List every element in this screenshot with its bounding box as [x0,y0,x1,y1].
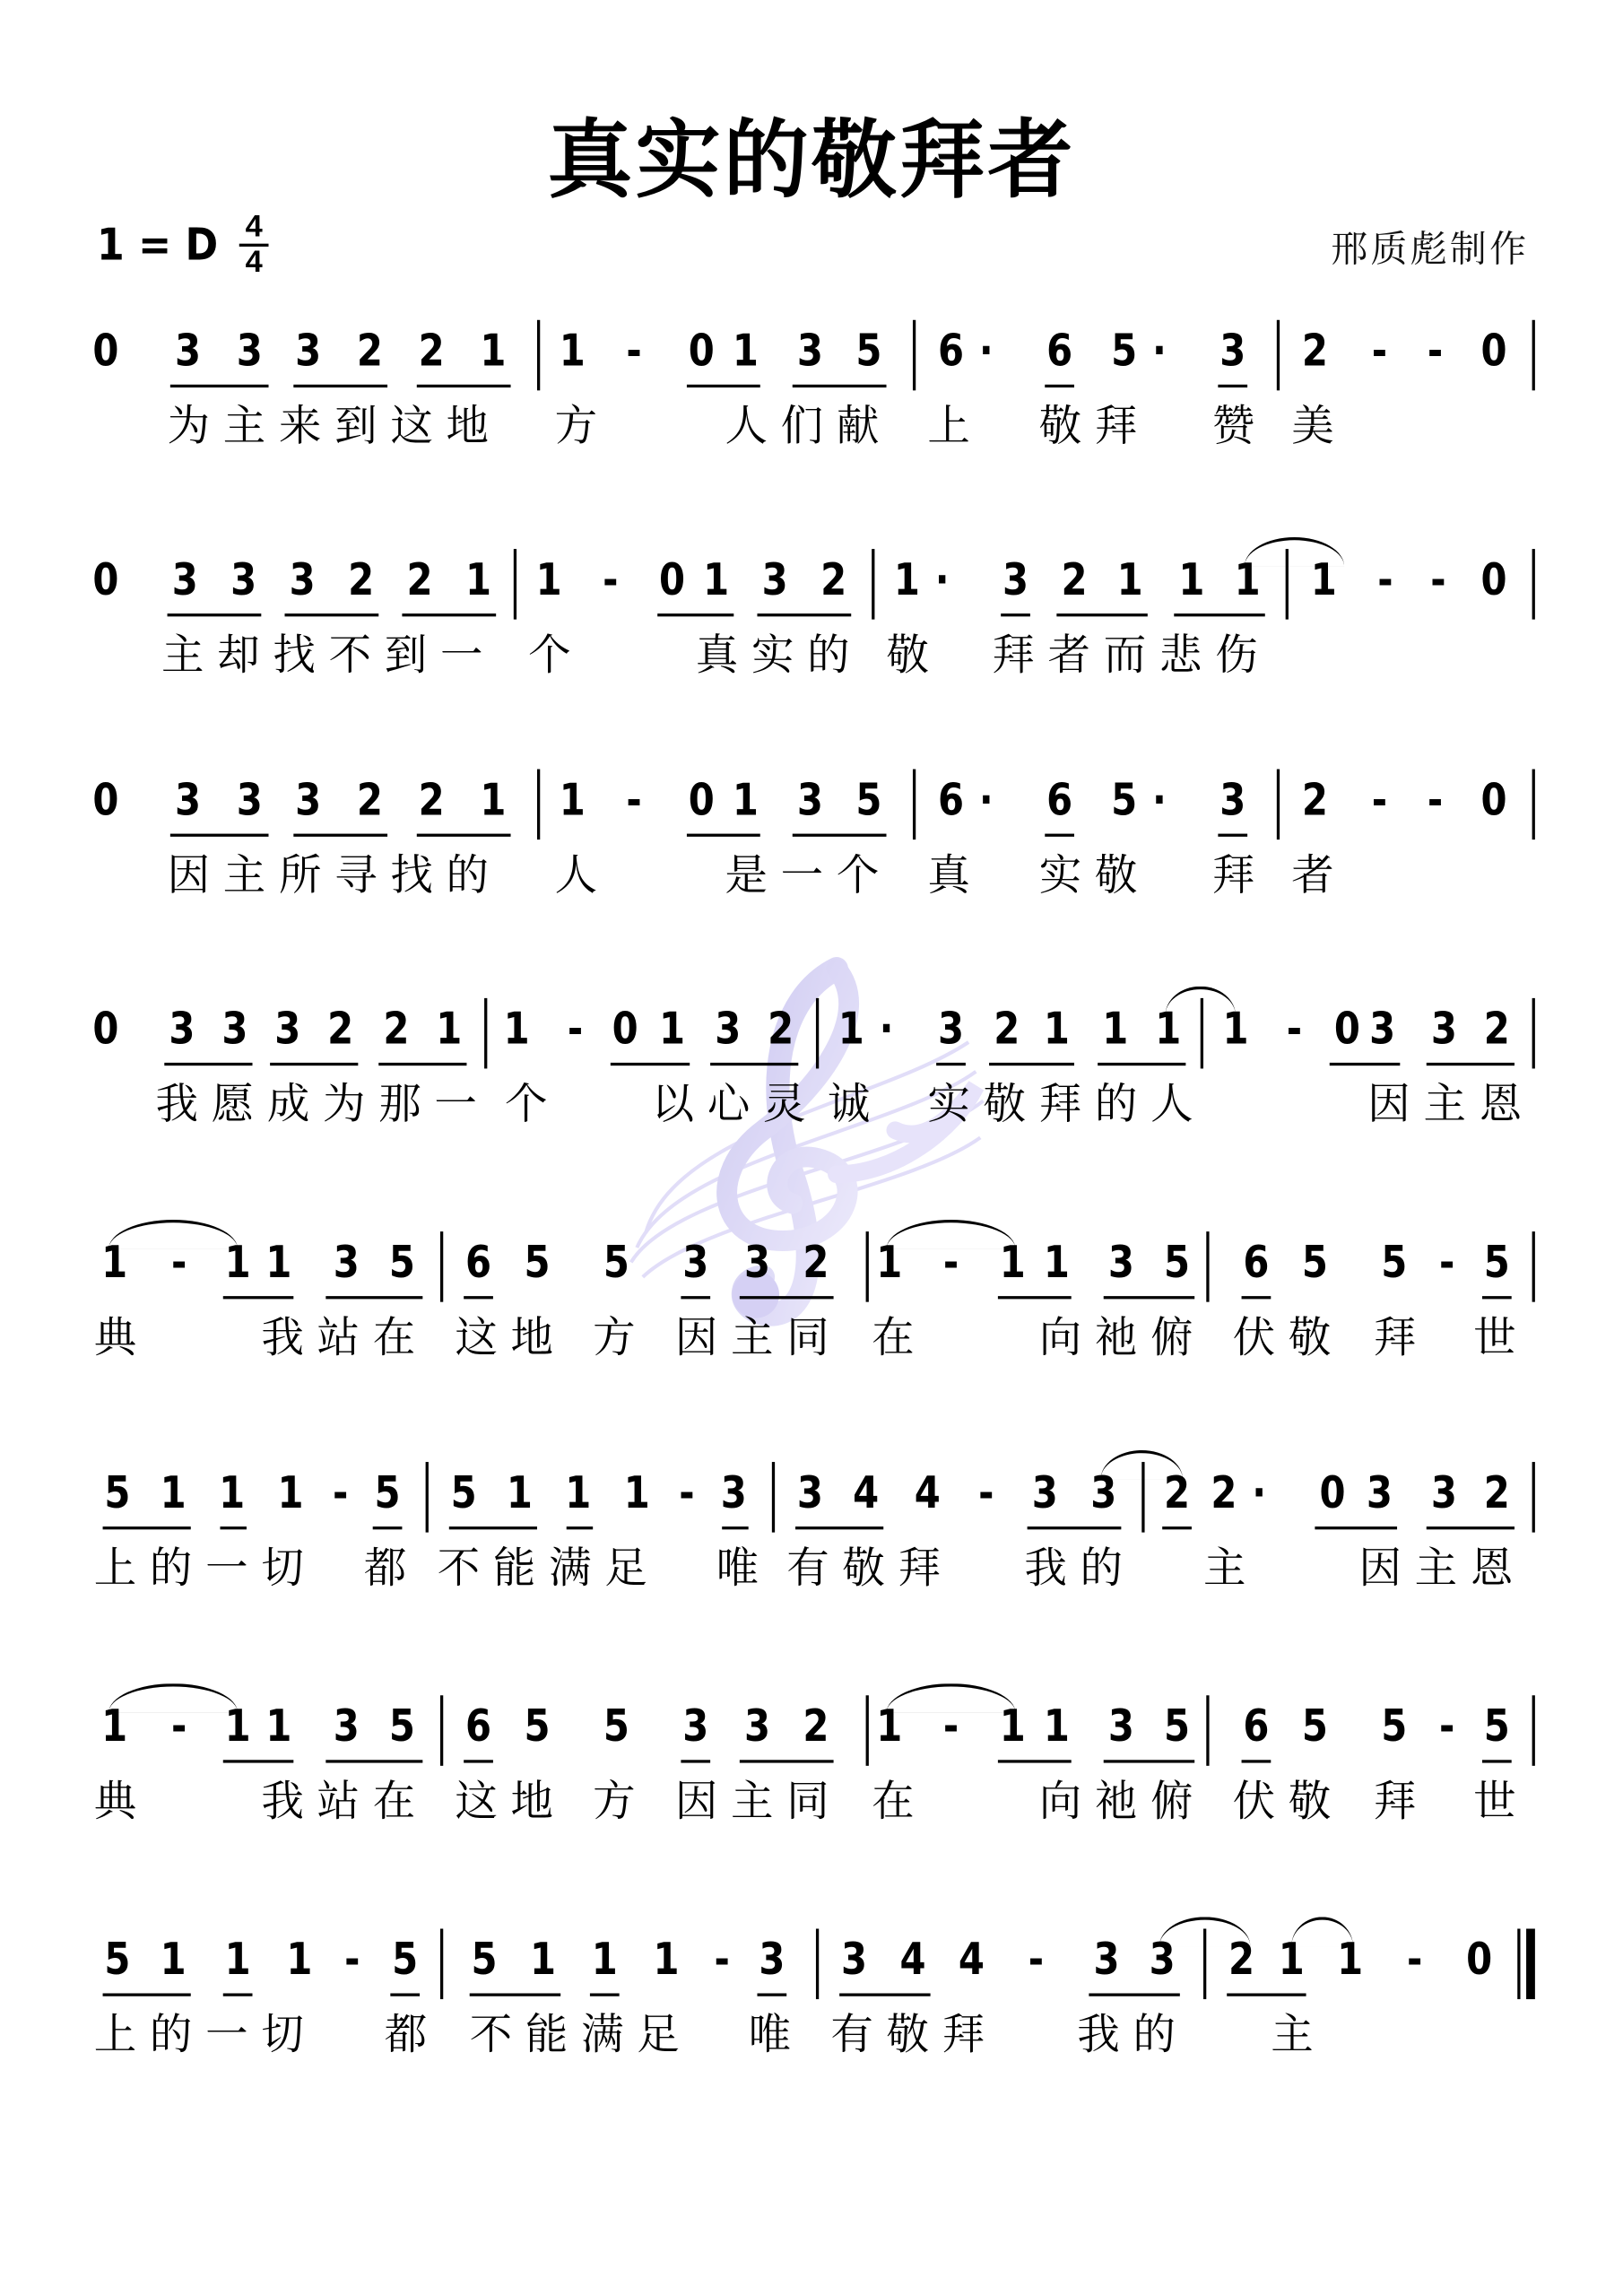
lyric-text: 美 [1291,399,1347,452]
note: 3 [235,775,265,828]
note: 5 [1482,1238,1512,1291]
note: 3 [1367,1004,1397,1057]
author-credit: 邢质彪制作 [1331,220,1529,273]
note: 3 [1218,775,1247,828]
note: 5 [1109,326,1139,378]
note: 2 [1209,1468,1238,1521]
note: 3 [235,326,265,378]
note: 4 [851,1468,881,1521]
note: 4 [957,1935,986,1987]
note: 2 [819,555,848,608]
eighth-note-underline [681,1296,710,1299]
lyric-text: 我的 [1024,1541,1135,1594]
key-signature: 1 = D [97,220,218,271]
note: 3 [839,1935,869,1987]
eighth-note-underline [103,1994,191,1996]
note: 1 [1115,555,1144,608]
note: 2 [992,1004,1021,1057]
eighth-note-underline [687,385,760,387]
barline [866,1231,869,1302]
note: 3 [1429,1004,1459,1057]
note: 2 [325,1004,355,1057]
note: 1 [275,1468,305,1521]
note: 5 [372,1468,402,1521]
note: 6 [936,775,966,828]
extension-dash: - [1420,775,1450,828]
eighth-note-underline [681,1760,710,1762]
note: 3 [1107,1701,1136,1754]
eighth-note-underline [402,613,496,616]
eighth-note-underline [1227,1994,1306,1996]
eighth-note-underline [464,1760,493,1762]
dotted-note-dot: · [971,775,1001,828]
lyric-text: 个 [505,1077,560,1130]
barline [537,770,540,840]
eighth-note-underline [710,1063,798,1065]
lyric-text: 因主所寻找的 [168,848,502,901]
note: 2 [766,1004,795,1057]
note: 1 [222,1935,252,1987]
eighth-note-underline [1174,613,1264,616]
note: 5 [102,1935,132,1987]
note: 3 [332,1238,361,1291]
eighth-note-underline [325,1296,422,1299]
note: 1 [1042,1238,1072,1291]
eighth-note-underline [373,1526,403,1529]
note: 2 [346,555,376,608]
score-row-2: 03332211-01321·321111--0主却找不到一个真实的敬拜者而悲伤 [0,555,1623,717]
note: 2 [1482,1468,1512,1521]
lyric-text: 者 [1291,848,1347,901]
note: 5 [1300,1701,1330,1754]
lyric-text: 上的一切 [94,1541,317,1594]
eighth-note-underline [1089,1994,1179,1996]
note: 0 [1479,326,1508,378]
score-row-6: 5111-55111-3344-3322·0332上的一切都不能满足唯有敬拜我的… [0,1468,1623,1630]
score-row-4: 03332211-01321·321111-0332我愿成为那一个以心灵诚实敬拜… [0,1004,1623,1165]
note: 0 [1317,1468,1347,1521]
extension-dash: - [1432,1701,1462,1754]
extension-dash: - [1400,1935,1429,1987]
note: 3 [742,1701,772,1754]
note: 3 [220,1004,249,1057]
note: 2 [381,1004,411,1057]
note: 3 [681,1238,710,1291]
lyric-text: 个 [528,628,584,681]
extension-dash: - [1420,326,1450,378]
lyric-text: 典 [94,1310,150,1363]
note: 1 [651,1935,681,1987]
note: 3 [936,1004,966,1057]
lyric-text: 人 [555,848,611,901]
eighth-note-underline [223,1760,294,1762]
note: 1 [590,1935,620,1987]
note: 1 [558,326,587,378]
eighth-note-underline [757,1994,786,1996]
note: 5 [1379,1701,1409,1754]
lyric-text: 方 [593,1775,648,1828]
lyric-text: 我站在 [261,1310,429,1363]
note: 3 [273,1004,302,1057]
extension-dash: - [1370,555,1400,608]
lyric-text: 上的一切 [94,2008,317,2061]
note: 1 [837,1004,866,1057]
note: 3 [229,555,258,608]
barline [514,549,516,620]
extension-dash: - [619,326,648,378]
tie-arc [1245,537,1344,567]
note: 3 [1365,1468,1394,1521]
lyric-text: 拜 [1374,1775,1429,1828]
lyric-text: 有敬拜 [786,1541,954,1594]
lyric-text: 向祂俯 [1039,1310,1207,1363]
note: 0 [1479,775,1508,828]
tie-arc [108,1683,238,1713]
note: 5 [390,1935,420,1987]
eighth-note-underline [449,1526,537,1529]
note: 2 [1482,1004,1512,1057]
note: 5 [387,1701,417,1754]
tie-arc [1291,1917,1353,1946]
eighth-note-underline [170,385,269,387]
note: 5 [522,1238,551,1291]
barline [816,1928,819,1999]
note: 1 [464,555,493,608]
tie-arc [108,1220,238,1249]
eighth-note-underline [687,834,760,837]
lyric-text: 因主同 [675,1775,843,1828]
lyric-text: 拜 [1374,1310,1429,1363]
note: 2 [801,1238,830,1291]
eighth-note-underline [590,1994,620,1996]
dotted-note-dot: · [872,1004,901,1057]
barline [1532,770,1535,840]
note: 3 [173,326,203,378]
eighth-note-underline [1098,1063,1185,1065]
lyric-text: 实敬 [1039,848,1150,901]
note: 3 [1030,1468,1060,1521]
lyric-text: 方 [555,399,611,452]
extension-dash: - [1365,326,1394,378]
barline [866,1695,869,1766]
eighth-note-underline [325,1760,422,1762]
extension-dash: - [1021,1935,1051,1987]
eighth-note-underline [293,834,387,837]
eighth-note-underline [220,1526,246,1529]
note: 3 [1091,1935,1121,1987]
barline [1277,770,1280,840]
lyric-text: 有敬拜 [830,2008,998,2061]
note: 1 [534,555,563,608]
lyric-text: 不能满足 [438,1541,661,1594]
note: 2 [416,326,446,378]
barline [440,1231,443,1302]
lyric-text: 我的 [1077,2008,1188,2061]
eighth-note-underline [567,1526,593,1529]
barline [440,1928,443,1999]
eighth-note-underline [1162,1526,1192,1529]
lyric-text: 真实的 [696,628,864,681]
note: 1 [701,555,731,608]
lyric-text: 典 [94,1775,150,1828]
note: 5 [1482,1701,1512,1754]
barline [426,1462,429,1533]
tie-arc [1159,1917,1250,1946]
lyric-text: 伏敬 [1233,1775,1344,1828]
lyric-text: 拜者而悲伤 [992,628,1271,681]
eighth-note-underline [839,1994,930,1996]
eighth-note-underline [1104,1760,1194,1762]
lyric-text: 敬 [887,628,942,681]
note: 0 [657,555,687,608]
eighth-note-underline [740,1296,834,1299]
lyric-text: 世 [1473,1775,1529,1828]
note: 1 [478,326,508,378]
note: 2 [1059,555,1089,608]
eighth-note-underline [390,1994,420,1996]
tie-arc [887,1220,1016,1249]
note: 1 [158,1468,187,1521]
dotted-note-dot: · [1144,326,1174,378]
note: 6 [936,326,966,378]
note: 2 [801,1701,830,1754]
lyric-text: 上 [927,399,983,452]
score-row-7: 1-11356553321-1135655-5典我站在这地方因主同在向祂俯伏敬拜… [0,1701,1623,1863]
note: 5 [854,326,883,378]
lyric-text: 因主恩 [1367,1077,1535,1130]
eighth-note-underline [417,834,511,837]
eighth-note-underline [793,385,887,387]
eighth-note-underline [1315,1526,1397,1529]
note: 3 [1429,1468,1459,1521]
note: 1 [505,1468,534,1521]
eighth-note-underline [293,385,387,387]
extension-dash: - [595,555,625,608]
note: 1 [1176,555,1206,608]
note: 6 [1241,1701,1271,1754]
score-row-8: 5111-55111-3344-33211-0上的一切都不能满足唯有敬拜我的主 [0,1935,1623,2096]
eighth-note-underline [998,1296,1072,1299]
note: 3 [167,1004,196,1057]
note: 3 [293,326,323,378]
eighth-note-underline [223,1994,253,1996]
eighth-note-underline [1242,1760,1271,1762]
extension-dash: - [707,1935,737,1987]
lyric-text: 诚 [828,1077,883,1130]
note: 5 [469,1935,499,1987]
note: 6 [1045,775,1074,828]
note: 6 [464,1238,493,1291]
dotted-note-dot: · [1245,1468,1274,1521]
extension-dash: - [1423,555,1453,608]
note: 0 [1464,1935,1494,1987]
lyric-text: 唯 [749,2008,804,2061]
score-row-3: 03332211-01356·65·32--0因主所寻找的人是一个真实敬拜者 [0,775,1623,936]
eighth-note-underline [1427,1063,1515,1065]
final-barline-thick [1526,1928,1535,1999]
score-row-1: 03332211-01356·65·32--0为主来到这地方人们献上敬拜赞美 [0,326,1623,487]
note: 4 [913,1468,942,1521]
extension-dash: - [1280,1004,1309,1057]
eighth-note-underline [1482,1296,1512,1299]
dotted-note-dot: · [1144,775,1174,828]
barline [913,320,916,391]
note: 1 [528,1935,558,1987]
lyric-text: 敬拜 [1039,399,1150,452]
note: 0 [687,775,716,828]
eighth-note-underline [1028,1526,1122,1529]
note: 4 [898,1935,927,1987]
note: 1 [563,1468,593,1521]
note: 5 [1379,1238,1409,1291]
note: 3 [287,555,317,608]
note: 1 [558,775,587,828]
note: 1 [622,1468,652,1521]
eighth-note-underline [740,1760,834,1762]
eighth-note-underline [989,1063,1074,1065]
eighth-note-underline [1104,1296,1194,1299]
time-signature-bottom: 4 [246,245,263,279]
eighth-note-underline [1242,1296,1271,1299]
lyric-text: 在 [872,1775,927,1828]
note: 1 [434,1004,464,1057]
note: 3 [759,555,789,608]
dotted-note-dot: · [971,326,1001,378]
eighth-note-underline [1218,834,1247,837]
eighth-note-underline [1056,613,1147,616]
note: 3 [1218,326,1247,378]
barline [1206,1695,1209,1766]
barline [1532,998,1535,1069]
eighth-note-underline [270,1063,358,1065]
note: 0 [1479,555,1508,608]
extension-dash: - [560,1004,590,1057]
eighth-note-underline [1001,613,1030,616]
note: 6 [1045,326,1074,378]
eighth-note-underline [936,1063,966,1065]
note: 0 [91,1004,120,1057]
lyric-text: 赞 [1212,399,1268,452]
note: 1 [501,1004,531,1057]
song-title: 真实的敬拜者 [0,91,1623,213]
note: 3 [713,1004,742,1057]
tie-arc [1100,1450,1183,1480]
eighth-note-underline [793,834,887,837]
eighth-note-underline [1482,1760,1512,1762]
lyric-text: 是一个 [725,848,892,901]
barline [1277,320,1280,391]
note: 3 [681,1701,710,1754]
barline [816,998,819,1069]
note: 3 [795,326,825,378]
note: 1 [731,326,760,378]
barline [1206,1231,1209,1302]
lyric-text: 因主同 [675,1310,843,1363]
time-signature: 4 4 [235,212,273,279]
note: 3 [795,775,825,828]
note: 5 [522,1701,551,1754]
barline [1532,1695,1535,1766]
note: 5 [1162,1238,1192,1291]
note: 2 [355,775,385,828]
barline [1532,320,1535,391]
eighth-note-underline [795,1526,883,1529]
note: 1 [264,1701,293,1754]
sheet-music-page: 真实的敬拜者 1 = D 4 4 邢质彪制作 03332211-01356·65… [0,0,1623,2296]
lyric-text: 真 [927,848,983,901]
note: 3 [170,555,200,608]
eighth-note-underline [1045,834,1074,837]
eighth-note-underline [657,613,733,616]
eighth-note-underline [223,1296,294,1299]
eighth-note-underline [757,613,851,616]
note: 6 [464,1701,493,1754]
note: 2 [1300,326,1330,378]
note: 3 [332,1701,361,1754]
lyric-text: 主 [1271,2008,1326,2061]
eighth-note-underline [417,385,511,387]
eighth-note-underline [1427,1526,1515,1529]
note: 0 [91,326,120,378]
note: 5 [1109,775,1139,828]
lyric-text: 这地 [455,1775,566,1828]
barline [1532,549,1535,620]
final-barline-thin [1517,1928,1520,1999]
tie-arc [887,1683,1016,1713]
lyric-text: 主却找不到一 [161,628,496,681]
eighth-note-underline [378,1063,466,1065]
lyric-text: 主 [1203,1541,1259,1594]
lyric-text: 向祂俯 [1039,1775,1207,1828]
note: 0 [91,555,120,608]
lyric-text: 都 [364,1541,420,1594]
lyric-text: 因主恩 [1358,1541,1526,1594]
note: 1 [1042,1701,1072,1754]
extension-dash: - [672,1468,701,1521]
tie-arc [1165,987,1236,1016]
note: 3 [742,1238,772,1291]
barline [440,1695,443,1766]
note: 3 [719,1468,749,1521]
time-signature-top: 4 [246,210,263,244]
extension-dash: - [1432,1238,1462,1291]
note: 5 [1300,1238,1330,1291]
note: 1 [657,1004,687,1057]
barline [484,998,487,1069]
eighth-note-underline [1045,385,1074,387]
note: 5 [1162,1701,1192,1754]
lyric-text: 我站在 [261,1775,429,1828]
extension-dash: - [325,1468,355,1521]
extension-dash: - [1365,775,1394,828]
barline [1532,1231,1535,1302]
note: 5 [102,1468,132,1521]
note: 1 [264,1238,293,1291]
note: 2 [1300,775,1330,828]
barline [1532,1462,1535,1533]
note: 5 [602,1701,631,1754]
barline [913,770,916,840]
eighth-note-underline [1330,1063,1401,1065]
lyric-text: 我愿成为那一 [155,1077,490,1130]
note: 5 [448,1468,478,1521]
eighth-note-underline [1218,385,1247,387]
note: 3 [173,775,203,828]
eighth-note-underline [285,613,379,616]
eighth-note-underline [103,1526,191,1529]
lyric-text: 不能满足 [470,2008,693,2061]
lyric-text: 人们献 [725,399,892,452]
